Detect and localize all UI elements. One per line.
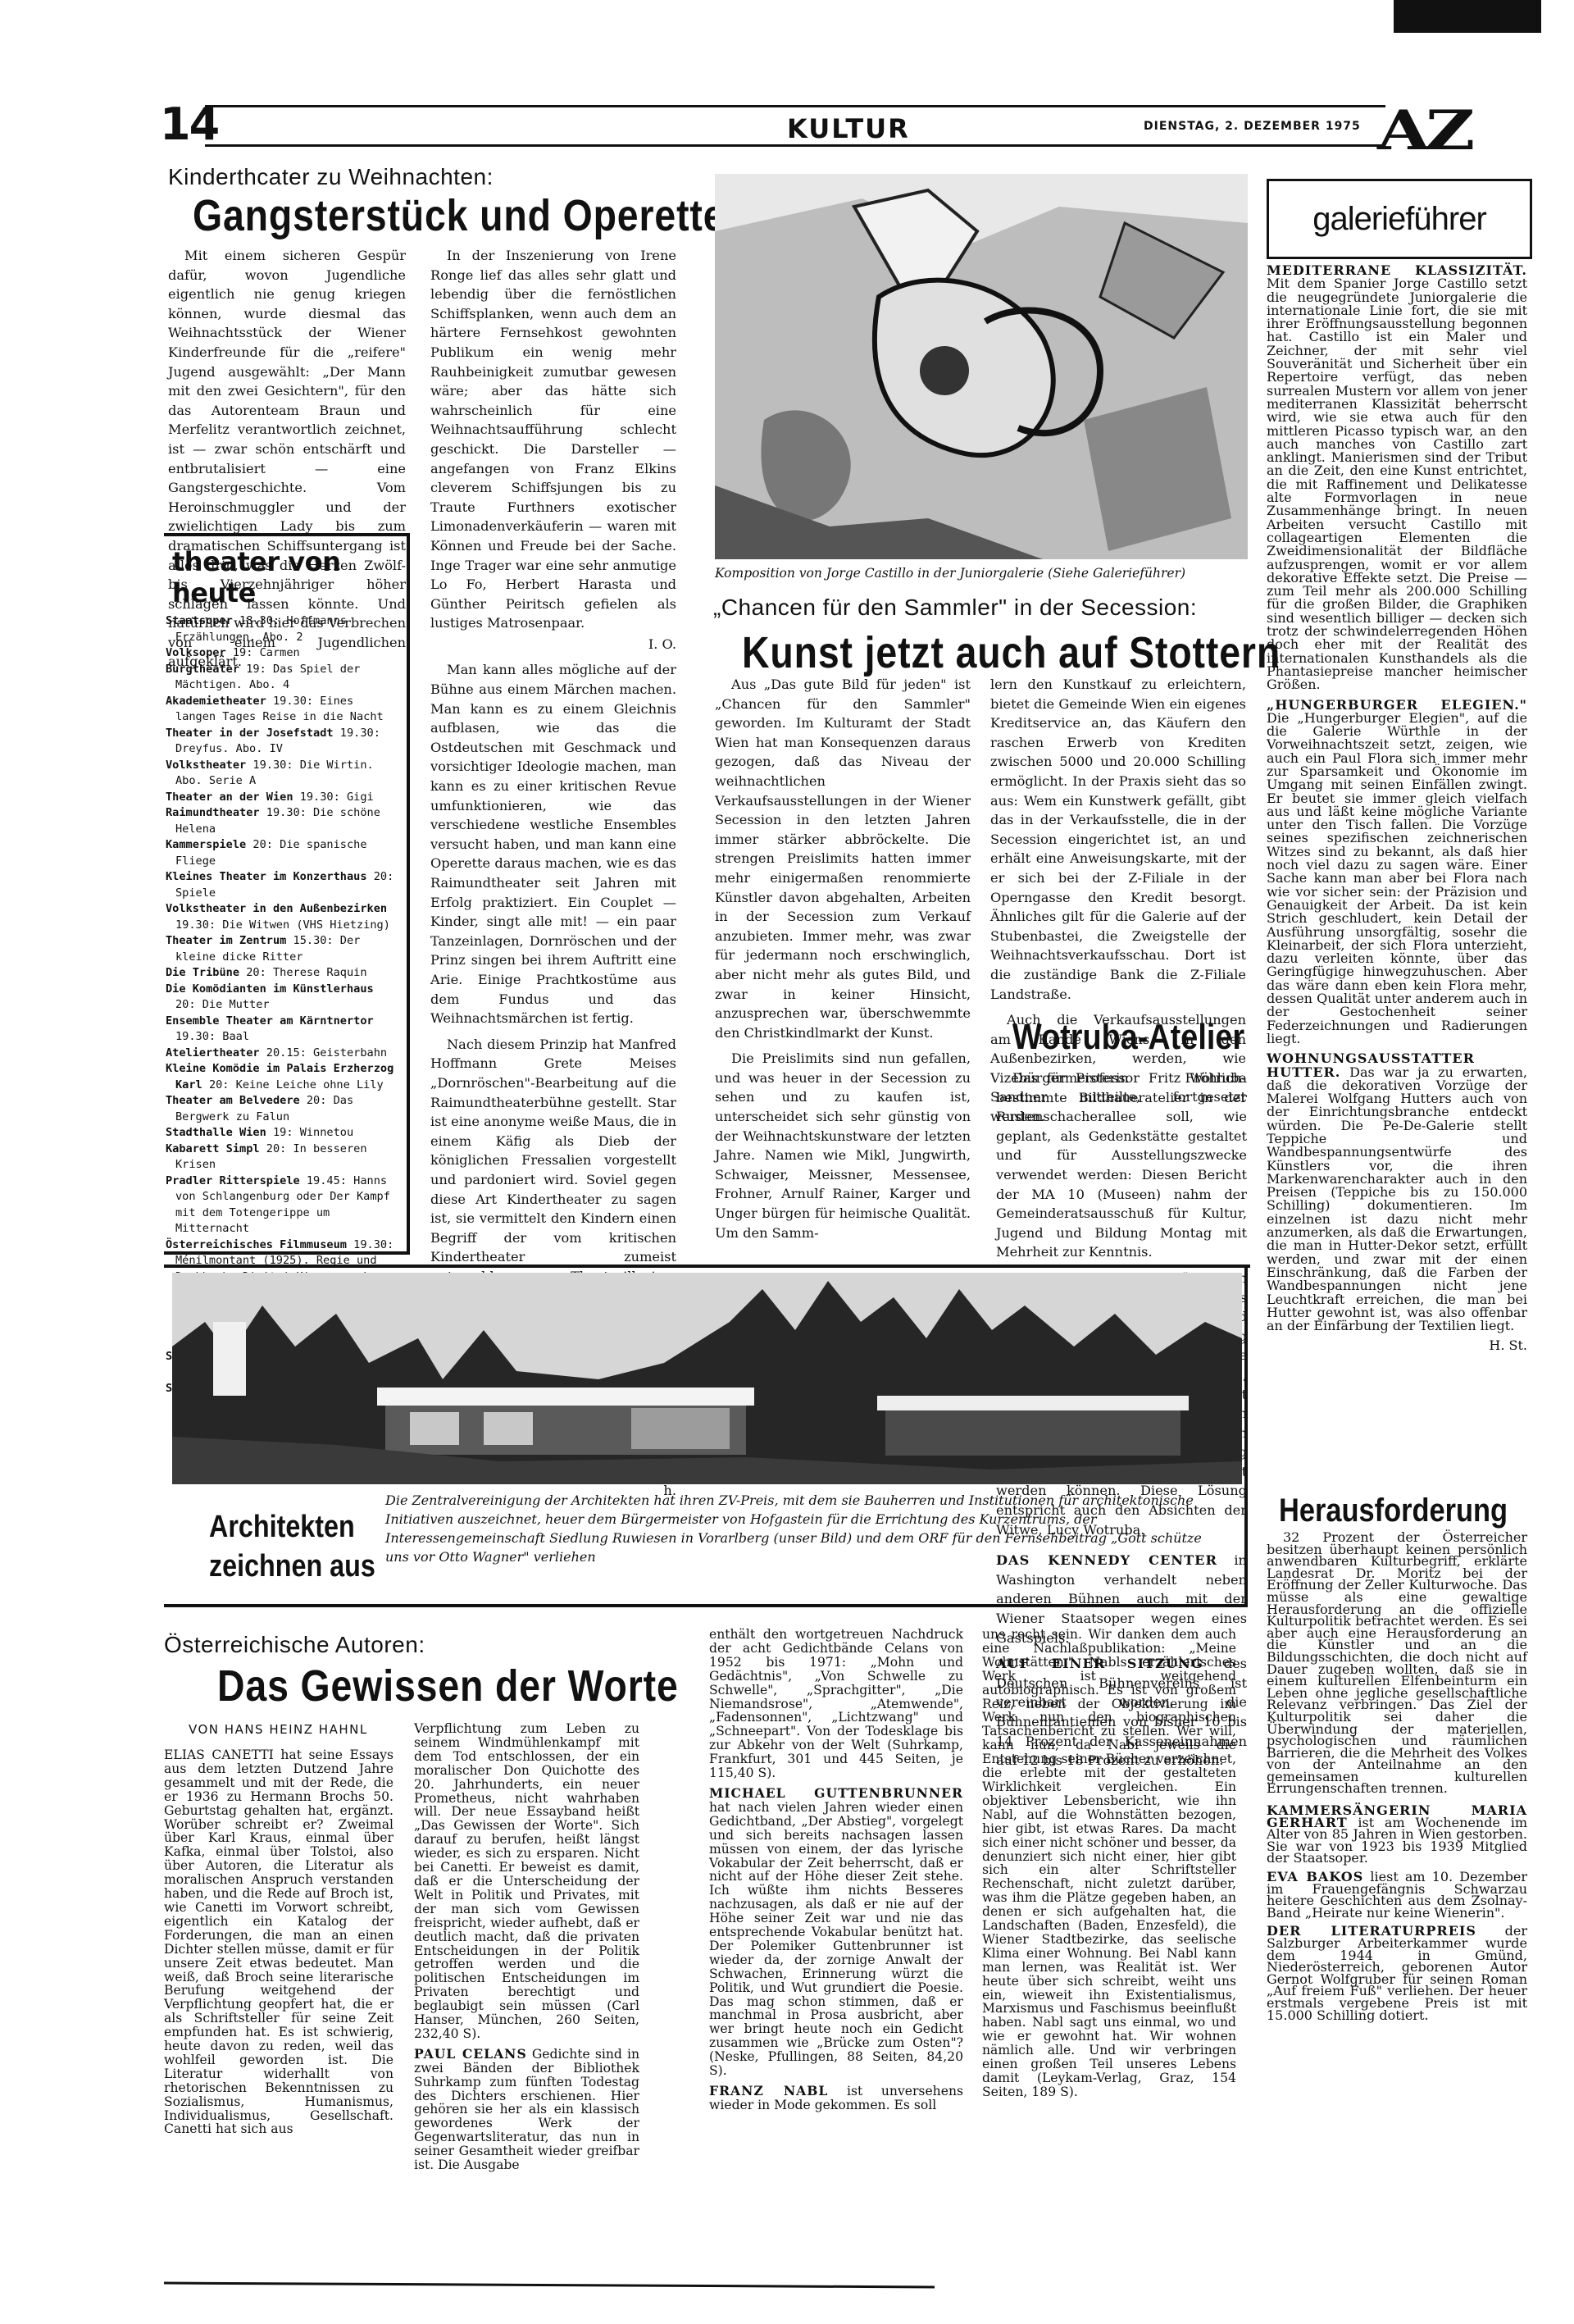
abstract-composition-image — [715, 174, 1248, 559]
venue-name: Theater an der Wien — [166, 791, 293, 804]
performance-info: 20: Die Mutter — [175, 998, 270, 1011]
paragraph: Die Preislimits sind nun gefallen, und w… — [715, 1049, 971, 1242]
paragraph: PAUL CELANS Gedichte sind in zwei Bänden… — [414, 2048, 639, 2172]
paragraph-lead: FRANZ NABL — [709, 2083, 828, 2098]
venue-name: Volkstheater — [166, 759, 246, 772]
theater-listing-entry: Raimundtheater 19.30: Die schöne Helena — [164, 805, 398, 837]
paragraph: uns recht sein. Wir danken dem auch eine… — [982, 1628, 1236, 2099]
theater-listing-entry: Staatsoper 18.30: Hoffmanns Erzählungen.… — [164, 613, 398, 645]
theater-listing-entry: Kabarett Simpl 20: In besseren Krisen — [164, 1141, 398, 1173]
gallery-item: „HUNGERBURGER ELEGIEN." Die „Hungerburge… — [1267, 699, 1527, 1046]
venue-name: Burgtheater — [166, 663, 239, 676]
venue-name: Ateliertheater — [166, 1046, 260, 1059]
theater-listing-entry: Volksoper 19: Carmen — [164, 645, 398, 662]
theater-listing-entry: Burgtheater 19: Das Spiel der Mächtigen.… — [164, 662, 398, 694]
paragraph: FRANZ NABL ist unversehens wieder in Mod… — [709, 2085, 963, 2112]
theater-listing-entry: Kleine Komödie im Palais Erzherzog Karl … — [164, 1061, 398, 1093]
architecture-title-line-2: zeichnen aus — [209, 1547, 375, 1586]
paragraph: Aus „Das gute Bild für jeden" ist „Chanc… — [715, 675, 971, 1042]
kunst-headline: Kunst jetzt auch auf Stottern — [742, 627, 1281, 678]
galeriefuehrer-title: galerieführer — [1312, 201, 1486, 238]
venue-name: Staatsoper — [166, 614, 233, 627]
paragraph-text: hat nach vielen Jahren wieder einen Gedi… — [709, 1800, 963, 2078]
venue-name: Volksoper — [166, 646, 226, 659]
herausforderung-headline: Herausforderung — [1279, 1492, 1508, 1529]
performance-info: 19.30: Die Witwen (VHS Hietzing) — [175, 918, 390, 932]
theater-listing-entry: Akademietheater 19.30: Eines langen Tage… — [164, 694, 398, 726]
paragraph-text: Gedichte sind in zwei Bänden der Bibliot… — [414, 2047, 639, 2172]
paragraph: enthält den wortgetreuen Nachdruck der a… — [709, 1628, 963, 1780]
venue-name: Kammerspiele — [166, 838, 246, 851]
venue-name: Die Tribüne — [166, 966, 239, 979]
gallery-item-text: Mit dem Spanier Jorge Castillo setzt die… — [1267, 276, 1527, 692]
paragraph-lead: MICHAEL GUTTENBRUNNER — [709, 1785, 963, 1801]
gangster-kicker: Kinderthcater zu Weihnachten: — [168, 164, 494, 190]
theater-listing-entry: Die Komödianten im Künstlerhaus 20: Die … — [164, 982, 398, 1014]
performance-info: 20: Therese Raquin — [246, 966, 366, 979]
gewissen-headline: Das Gewissen der Worte — [217, 1661, 679, 1711]
gewissen-column-2: Verpflichtung zum Leben zu seinem Windmü… — [414, 1722, 639, 2179]
performance-info: 20.15: Geisterbahn — [266, 1046, 387, 1059]
performance-info: 20: Keine Leiche ohne Lily — [209, 1078, 384, 1091]
gewissen-column-4: uns recht sein. Wir danken dem auch eine… — [982, 1628, 1236, 2106]
masthead-bottom-rule — [205, 144, 1385, 147]
paragraph: In der Inszenierung von Irene Ronge lief… — [430, 246, 676, 633]
paragraph: lern den Kunstkauf zu erleichtern, biete… — [990, 675, 1246, 1004]
corner-marker — [1394, 0, 1541, 33]
section-title: KULTUR — [787, 113, 910, 144]
masthead-top-rule — [205, 105, 1385, 107]
architecture-title: Architekten zeichnen aus — [209, 1507, 375, 1586]
theater-listing-entry: Ensemble Theater am Kärntnertor 19.30: B… — [164, 1014, 398, 1046]
theater-listing-entry: Theater in der Josefstadt 19.30: Dreyfus… — [164, 726, 398, 758]
theater-listing-entry: Kammerspiele 20: Die spanische Fliege — [164, 837, 398, 869]
signature: I. O. — [430, 635, 676, 654]
theater-listing-entry: Kleines Theater im Konzerthaus 20: Spiel… — [164, 869, 398, 901]
theater-listing-entry: Volkstheater in den Außenbezirken 19.30:… — [164, 901, 398, 933]
theater-listing-entry: Die Tribüne 20: Therese Raquin — [164, 965, 398, 982]
paragraph: ELIAS CANETTI hat seine Essays aus dem l… — [164, 1748, 393, 2136]
venue-name: Stadthalle Wien — [166, 1126, 266, 1139]
venue-name: Ensemble Theater am Kärntnertor — [166, 1014, 374, 1028]
byline: VON HANS HEINZ HAHNL — [189, 1722, 393, 1737]
gallery-item-text: Die „Hungerburger Elegien", auf die die … — [1267, 710, 1527, 1046]
venue-name: Österreichisches Filmmuseum — [166, 1238, 347, 1251]
venue-name: Kleines Theater im Konzerthaus — [166, 870, 367, 883]
galeriefuehrer-body: MEDITERRANE KLASSIZITÄT. Mit dem Spanier… — [1267, 264, 1527, 1353]
paragraph: 32 Prozent der Österreicher besitzen übe… — [1267, 1532, 1527, 1795]
performance-info: 19.30: Gigi — [300, 791, 374, 804]
theater-listings-box: theater von heute Staatsoper 18.30: Hoff… — [164, 533, 410, 1255]
gallery-item-text: Das war ja zu erwarten, daß die dekorati… — [1267, 1064, 1527, 1334]
castillo-photo-caption: Komposition von Jorge Castillo in der Ju… — [715, 564, 1256, 582]
news-brief: EVA BAKOS liest am 10. Dezember im Fraue… — [1267, 1871, 1527, 1919]
gangster-headline: Gangsterstück und Operette — [193, 190, 725, 241]
paragraph: Das für Professor Fritz Wotruba bestimmt… — [996, 1069, 1247, 1262]
paragraph: MICHAEL GUTTENBRUNNER hat nach vielen Ja… — [709, 1787, 963, 2078]
theater-listing-entry: Theater am Belvedere 20: Das Bergwerk zu… — [164, 1093, 398, 1125]
kunst-column-2: lern den Kunstkauf zu erleichtern, biete… — [990, 675, 1246, 1133]
architecture-photo — [172, 1273, 1242, 1484]
venue-name: Pradler Ritterspiele — [166, 1174, 300, 1187]
gewissen-column-1: VON HANS HEINZ HAHNL ELIAS CANETTI hat s… — [164, 1722, 393, 2143]
galeriefuehrer-title-box: galerieführer — [1267, 179, 1532, 259]
venue-name: Akademietheater — [166, 695, 266, 708]
theater-listing-entry: Ateliertheater 20.15: Geisterbahn — [164, 1046, 398, 1062]
signature: H. St. — [1267, 1339, 1527, 1352]
theater-listing-entry: Volkstheater 19.30: Die Wirtin. Abo. Ser… — [164, 758, 398, 790]
venue-name: Volkstheater in den Außenbezirken — [166, 902, 387, 915]
paragraph: Verpflichtung zum Leben zu seinem Windmü… — [414, 1722, 639, 2041]
theater-listings-title: theater von heute — [172, 546, 398, 608]
newspaper-logo: AZ — [1377, 98, 1471, 162]
issue-date: DIENSTAG, 2. DEZEMBER 1975 — [1144, 120, 1361, 133]
kunst-kicker: „Chancen für den Sammler" in der Secessi… — [713, 595, 1197, 621]
kunst-column-1: Aus „Das gute Bild für jeden" ist „Chanc… — [715, 675, 971, 1249]
venue-name: Theater im Zentrum — [166, 934, 286, 947]
news-brief: DER LITERATURPREIS der Salzburger Arbeit… — [1267, 1925, 1527, 2021]
gewissen-kicker: Österreichische Autoren: — [164, 1632, 425, 1658]
venue-name: Raimundtheater — [166, 806, 260, 819]
theater-listing-entry: Theater an der Wien 19.30: Gigi — [164, 790, 398, 806]
paragraph: Man kann alles mögliche auf der Bühne au… — [430, 660, 676, 1028]
paragraph-lead: PAUL CELANS — [414, 2046, 527, 2062]
venue-name: Theater am Belvedere — [166, 1094, 300, 1107]
venue-name: Theater in der Josefstadt — [166, 727, 334, 740]
theater-listing-entry: Stadthalle Wien 19: Winnetou — [164, 1125, 398, 1141]
venue-name: Kabarett Simpl — [166, 1142, 260, 1155]
architecture-caption: Die Zentralvereinigung der Architekten h… — [385, 1491, 1205, 1566]
castillo-artwork-photo — [715, 174, 1248, 559]
herausforderung-body: 32 Prozent der Österreicher besitzen übe… — [1267, 1532, 1527, 2028]
architecture-title-line-1: Architekten — [209, 1507, 375, 1547]
gallery-item: WOHNUNGSAUSSTATTER HUTTER. Das war ja zu… — [1267, 1052, 1527, 1333]
venue-name: Die Komödianten im Künstlerhaus — [166, 982, 374, 996]
siedlung-ruwiesen-image — [172, 1273, 1242, 1484]
theater-listing-entry: Pradler Ritterspiele 19.45: Hanns von Sc… — [164, 1173, 398, 1237]
brief-text: der Salzburger Arbeiterkammer wurde dem … — [1267, 1923, 1527, 2022]
wotruba-headline: Wotruba-Atelier — [1012, 1017, 1244, 1058]
page-bottom-rule — [164, 2282, 935, 2289]
performance-info: 19: Winnetou — [273, 1126, 353, 1139]
performance-info: 19: Carmen — [233, 646, 300, 659]
news-brief: KAMMERSÄNGERIN MARIA GERHART ist am Woch… — [1267, 1805, 1527, 1865]
theater-listing-entry: Theater im Zentrum 15.30: Der kleine dic… — [164, 933, 398, 965]
gallery-item: MEDITERRANE KLASSIZITÄT. Mit dem Spanier… — [1267, 264, 1527, 692]
gewissen-column-3: enthält den wortgetreuen Nachdruck der a… — [709, 1628, 963, 2119]
performance-info: 19.30: Baal — [175, 1030, 249, 1043]
